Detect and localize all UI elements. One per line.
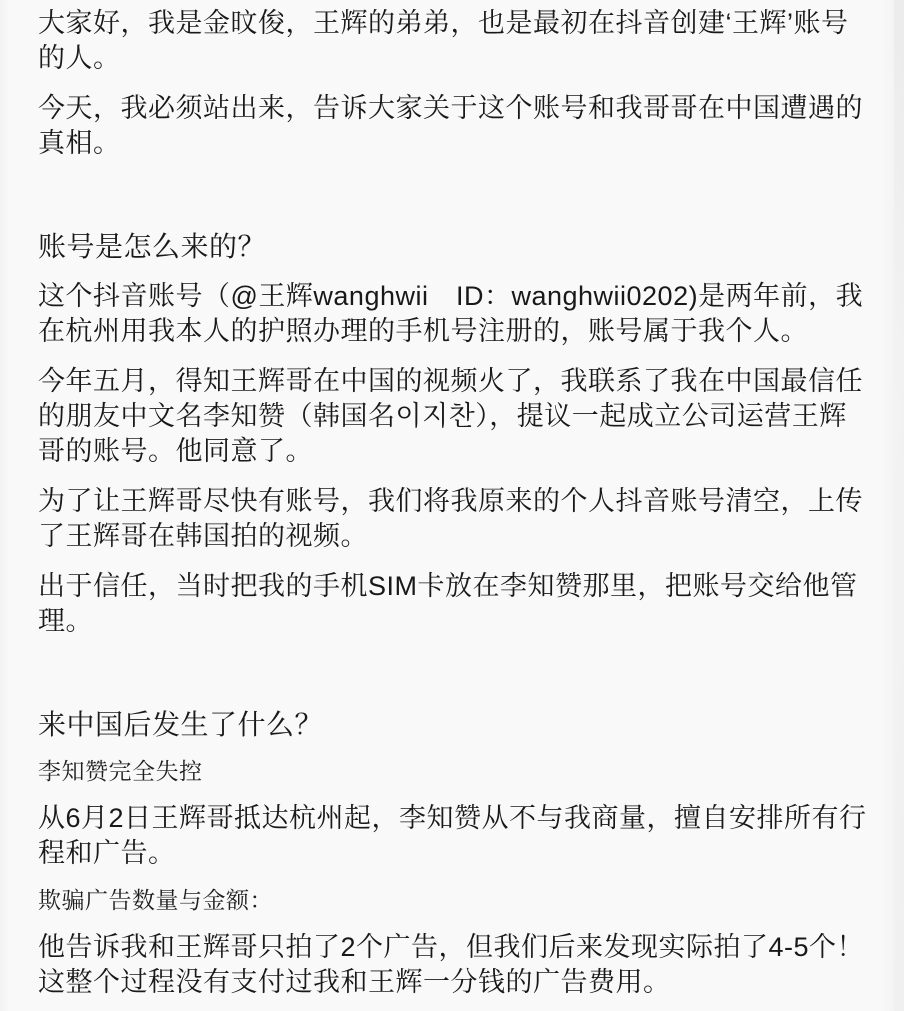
document-page: 大家好，我是金旼俊，王辉的弟弟，也是最初在抖音创建‘王辉’账号的人。今天，我必须… <box>0 0 904 1011</box>
statement-text-content: 大家好，我是金旼俊，王辉的弟弟，也是最初在抖音创建‘王辉’账号的人。今天，我必须… <box>38 6 868 1000</box>
paragraph: 这个抖音账号（@王辉wanghwii ID：wanghwii0202)是两年前，… <box>38 279 868 349</box>
paragraph: 为了让王辉哥尽快有账号，我们将我原来的个人抖音账号清空，上传了王辉哥在韩国拍的视… <box>38 484 868 554</box>
paragraph: 大家好，我是金旼俊，王辉的弟弟，也是最初在抖音创建‘王辉’账号的人。 <box>38 6 868 76</box>
sub-heading: 李知赞完全失控 <box>38 756 868 786</box>
paragraph: 今年五月，得知王辉哥在中国的视频火了，我联系了我在中国最信任的朋友中文名李知赞（… <box>38 364 868 469</box>
paragraph: 他告诉我和王辉哥只拍了2个广告，但我们后来发现实际拍了4-5个！这整个过程没有支… <box>38 930 868 1000</box>
section-heading: 来中国后发生了什么？ <box>38 707 868 742</box>
page-right-edge-shade <box>894 0 904 1011</box>
section-heading: 账号是怎么来的？ <box>38 229 868 264</box>
paragraph: 从6月2日王辉哥抵达杭州起，李知赞从不与我商量，擅自安排所有行程和广告。 <box>38 801 868 871</box>
sub-heading: 欺骗广告数量与金额： <box>38 885 868 915</box>
paragraph: 出于信任，当时把我的手机SIM卡放在李知赞那里，把账号交给他管理。 <box>38 569 868 639</box>
paragraph: 今天，我必须站出来，告诉大家关于这个账号和我哥哥在中国遭遇的真相。 <box>38 91 868 161</box>
